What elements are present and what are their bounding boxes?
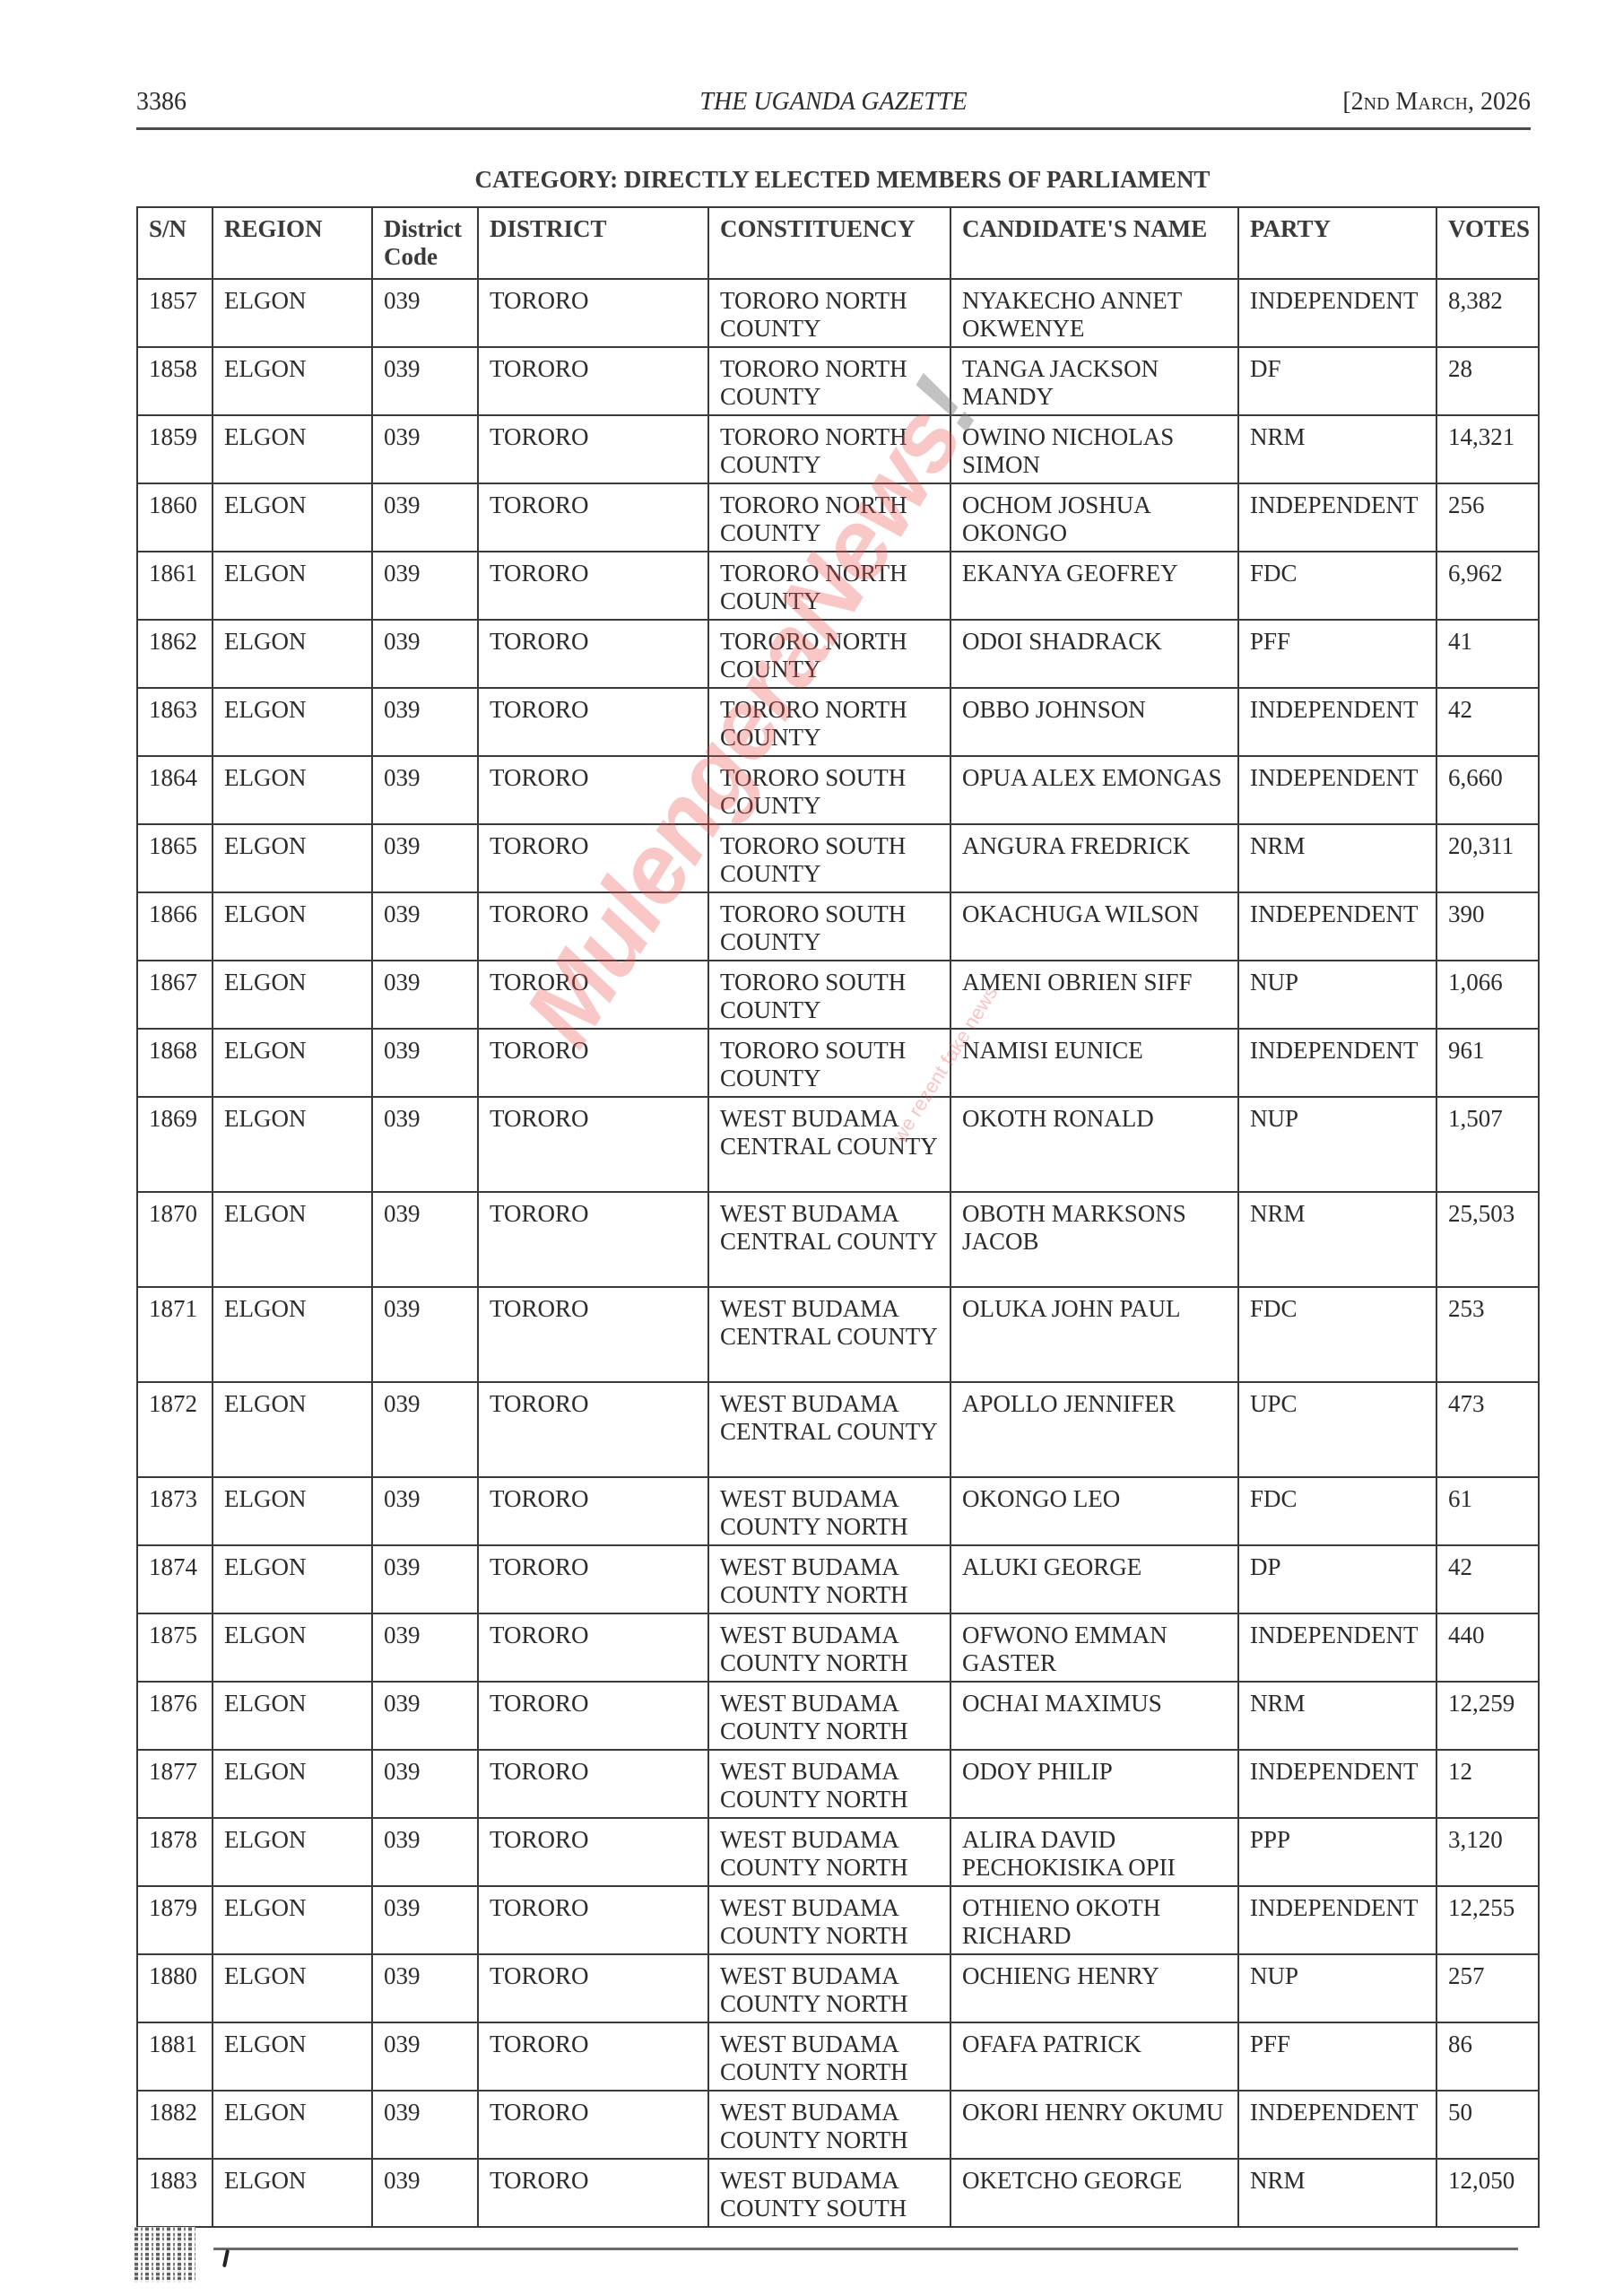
serial-number-cell: 1880: [137, 1954, 213, 2022]
constituency-cell: WEST BUDAMA COUNTY NORTH: [708, 1954, 950, 2022]
party-cell: INDEPENDENT: [1238, 1029, 1436, 1097]
votes-cell: 6,660: [1436, 756, 1539, 824]
district-cell: TORORO: [478, 1886, 708, 1954]
district-cell: TORORO: [478, 2022, 708, 2091]
party-cell: DF: [1238, 347, 1436, 415]
serial-number-cell: 1874: [137, 1545, 213, 1613]
district-code-cell: 039: [372, 1192, 478, 1287]
candidate-name-cell: OKACHUGA WILSON: [950, 892, 1238, 961]
table-header-row: S/NREGIONDistrict CodeDISTRICTCONSTITUEN…: [137, 207, 1539, 279]
constituency-cell: WEST BUDAMA COUNTY NORTH: [708, 1613, 950, 1682]
region-cell: ELGON: [213, 1818, 372, 1886]
candidate-name-cell: OCHAI MAXIMUS: [950, 1682, 1238, 1750]
district-cell: TORORO: [478, 2159, 708, 2227]
table-row: 1876ELGON039TOROROWEST BUDAMA COUNTY NOR…: [137, 1682, 1539, 1750]
serial-number-cell: 1883: [137, 2159, 213, 2227]
table-row: 1879ELGON039TOROROWEST BUDAMA COUNTY NOR…: [137, 1886, 1539, 1954]
district-code-cell: 039: [372, 483, 478, 552]
region-cell: ELGON: [213, 2159, 372, 2227]
publication-title: THE UGANDA GAZETTE: [136, 88, 1531, 117]
constituency-cell: WEST BUDAMA CENTRAL COUNTY: [708, 1097, 950, 1192]
party-cell: NUP: [1238, 1097, 1436, 1192]
table-row: 1857ELGON039TOROROTORORO NORTH COUNTYNYA…: [137, 279, 1539, 347]
district-code-cell: 039: [372, 1613, 478, 1682]
region-cell: ELGON: [213, 756, 372, 824]
table-row: 1866ELGON039TOROROTORORO SOUTH COUNTYOKA…: [137, 892, 1539, 961]
votes-cell: 41: [1436, 620, 1539, 688]
column-header: DISTRICT: [478, 207, 708, 279]
table-row: 1883ELGON039TOROROWEST BUDAMA COUNTY SOU…: [137, 2159, 1539, 2227]
table-row: 1877ELGON039TOROROWEST BUDAMA COUNTY NOR…: [137, 1750, 1539, 1818]
serial-number-cell: 1870: [137, 1192, 213, 1287]
party-cell: NRM: [1238, 415, 1436, 483]
district-code-cell: 039: [372, 279, 478, 347]
candidate-name-cell: OKETCHO GEORGE: [950, 2159, 1238, 2227]
district-code-cell: 039: [372, 1545, 478, 1613]
district-code-cell: 039: [372, 1750, 478, 1818]
candidate-name-cell: OTHIENO OKOTH RICHARD: [950, 1886, 1238, 1954]
region-cell: ELGON: [213, 1613, 372, 1682]
votes-cell: 14,321: [1436, 415, 1539, 483]
votes-cell: 12,050: [1436, 2159, 1539, 2227]
constituency-cell: TORORO NORTH COUNTY: [708, 415, 950, 483]
serial-number-cell: 1882: [137, 2091, 213, 2159]
candidate-name-cell: ANGURA FREDRICK: [950, 824, 1238, 892]
votes-cell: 61: [1436, 1477, 1539, 1545]
table-row: 1880ELGON039TOROROWEST BUDAMA COUNTY NOR…: [137, 1954, 1539, 2022]
serial-number-cell: 1878: [137, 1818, 213, 1886]
table-row: 1869ELGON039TOROROWEST BUDAMA CENTRAL CO…: [137, 1097, 1539, 1192]
district-cell: TORORO: [478, 1192, 708, 1287]
district-code-cell: 039: [372, 756, 478, 824]
district-cell: TORORO: [478, 824, 708, 892]
district-cell: TORORO: [478, 1682, 708, 1750]
district-cell: TORORO: [478, 756, 708, 824]
serial-number-cell: 1864: [137, 756, 213, 824]
footer-rule: [213, 2248, 1518, 2250]
party-cell: PPP: [1238, 1818, 1436, 1886]
serial-number-cell: 1876: [137, 1682, 213, 1750]
district-cell: TORORO: [478, 892, 708, 961]
district-cell: TORORO: [478, 688, 708, 756]
candidate-name-cell: ALIRA DAVID PECHOKISIKA OPII: [950, 1818, 1238, 1886]
constituency-cell: WEST BUDAMA COUNTY NORTH: [708, 1750, 950, 1818]
region-cell: ELGON: [213, 483, 372, 552]
candidate-name-cell: NAMISI EUNICE: [950, 1029, 1238, 1097]
candidate-name-cell: OKONGO LEO: [950, 1477, 1238, 1545]
table-row: 1865ELGON039TOROROTORORO SOUTH COUNTYANG…: [137, 824, 1539, 892]
district-code-cell: 039: [372, 1954, 478, 2022]
votes-cell: 390: [1436, 892, 1539, 961]
district-cell: TORORO: [478, 1477, 708, 1545]
table-row: 1858ELGON039TOROROTORORO NORTH COUNTYTAN…: [137, 347, 1539, 415]
candidate-name-cell: ALUKI GEORGE: [950, 1545, 1238, 1613]
district-cell: TORORO: [478, 2091, 708, 2159]
region-cell: ELGON: [213, 347, 372, 415]
district-code-cell: 039: [372, 1287, 478, 1382]
district-code-cell: 039: [372, 688, 478, 756]
column-header: CONSTITUENCY: [708, 207, 950, 279]
serial-number-cell: 1881: [137, 2022, 213, 2091]
region-cell: ELGON: [213, 1750, 372, 1818]
region-cell: ELGON: [213, 279, 372, 347]
district-code-cell: 039: [372, 1818, 478, 1886]
district-cell: TORORO: [478, 1287, 708, 1382]
votes-cell: 256: [1436, 483, 1539, 552]
party-cell: FDC: [1238, 552, 1436, 620]
column-header: VOTES: [1436, 207, 1539, 279]
district-code-cell: 039: [372, 892, 478, 961]
party-cell: INDEPENDENT: [1238, 2091, 1436, 2159]
constituency-cell: TORORO NORTH COUNTY: [708, 483, 950, 552]
district-cell: TORORO: [478, 1954, 708, 2022]
district-code-cell: 039: [372, 2022, 478, 2091]
party-cell: INDEPENDENT: [1238, 1613, 1436, 1682]
party-cell: NRM: [1238, 2159, 1436, 2227]
serial-number-cell: 1877: [137, 1750, 213, 1818]
party-cell: INDEPENDENT: [1238, 1750, 1436, 1818]
constituency-cell: WEST BUDAMA CENTRAL COUNTY: [708, 1192, 950, 1287]
votes-cell: 1,066: [1436, 961, 1539, 1029]
issue-date: [2nd March, 2026: [1342, 88, 1531, 117]
votes-cell: 86: [1436, 2022, 1539, 2091]
constituency-cell: TORORO SOUTH COUNTY: [708, 892, 950, 961]
table-row: 1872ELGON039TOROROWEST BUDAMA CENTRAL CO…: [137, 1382, 1539, 1477]
table-row: 1875ELGON039TOROROWEST BUDAMA COUNTY NOR…: [137, 1613, 1539, 1682]
votes-cell: 50: [1436, 2091, 1539, 2159]
constituency-cell: TORORO SOUTH COUNTY: [708, 961, 950, 1029]
constituency-cell: TORORO NORTH COUNTY: [708, 552, 950, 620]
table-row: 1870ELGON039TOROROWEST BUDAMA CENTRAL CO…: [137, 1192, 1539, 1287]
district-cell: TORORO: [478, 1750, 708, 1818]
constituency-cell: WEST BUDAMA COUNTY NORTH: [708, 1818, 950, 1886]
table-row: 1863ELGON039TOROROTORORO NORTH COUNTYOBB…: [137, 688, 1539, 756]
votes-cell: 25,503: [1436, 1192, 1539, 1287]
serial-number-cell: 1865: [137, 824, 213, 892]
serial-number-cell: 1873: [137, 1477, 213, 1545]
district-cell: TORORO: [478, 1613, 708, 1682]
serial-number-cell: 1863: [137, 688, 213, 756]
header-rule: [136, 127, 1531, 130]
district-code-cell: 039: [372, 1097, 478, 1192]
constituency-cell: TORORO SOUTH COUNTY: [708, 756, 950, 824]
party-cell: INDEPENDENT: [1238, 279, 1436, 347]
region-cell: ELGON: [213, 1682, 372, 1750]
candidate-name-cell: ODOI SHADRACK: [950, 620, 1238, 688]
constituency-cell: TORORO NORTH COUNTY: [708, 279, 950, 347]
constituency-cell: WEST BUDAMA COUNTY NORTH: [708, 1682, 950, 1750]
table-row: 1881ELGON039TOROROWEST BUDAMA COUNTY NOR…: [137, 2022, 1539, 2091]
district-code-cell: 039: [372, 961, 478, 1029]
district-cell: TORORO: [478, 347, 708, 415]
district-code-cell: 039: [372, 1682, 478, 1750]
district-code-cell: 039: [372, 2159, 478, 2227]
table-row: 1860ELGON039TOROROTORORO NORTH COUNTYOCH…: [137, 483, 1539, 552]
region-cell: ELGON: [213, 1954, 372, 2022]
candidate-name-cell: OBBO JOHNSON: [950, 688, 1238, 756]
region-cell: ELGON: [213, 1545, 372, 1613]
qr-code-icon: [135, 2227, 195, 2283]
table-body: 1857ELGON039TOROROTORORO NORTH COUNTYNYA…: [137, 279, 1539, 2227]
district-code-cell: 039: [372, 347, 478, 415]
party-cell: INDEPENDENT: [1238, 688, 1436, 756]
region-cell: ELGON: [213, 824, 372, 892]
candidate-name-cell: EKANYA GEOFREY: [950, 552, 1238, 620]
district-code-cell: 039: [372, 552, 478, 620]
votes-cell: 6,962: [1436, 552, 1539, 620]
district-cell: TORORO: [478, 1097, 708, 1192]
table-row: 1862ELGON039TOROROTORORO NORTH COUNTYODO…: [137, 620, 1539, 688]
constituency-cell: WEST BUDAMA COUNTY NORTH: [708, 1886, 950, 1954]
column-header: CANDIDATE'S NAME: [950, 207, 1238, 279]
district-cell: TORORO: [478, 1545, 708, 1613]
candidate-name-cell: TANGA JACKSON MANDY: [950, 347, 1238, 415]
candidate-name-cell: OBOTH MARKSONS JACOB: [950, 1192, 1238, 1287]
serial-number-cell: 1858: [137, 347, 213, 415]
party-cell: PFF: [1238, 2022, 1436, 2091]
party-cell: NRM: [1238, 1682, 1436, 1750]
district-code-cell: 039: [372, 620, 478, 688]
region-cell: ELGON: [213, 1886, 372, 1954]
candidate-name-cell: OLUKA JOHN PAUL: [950, 1287, 1238, 1382]
table-row: 1861ELGON039TOROROTORORO NORTH COUNTYEKA…: [137, 552, 1539, 620]
region-cell: ELGON: [213, 1287, 372, 1382]
column-header: REGION: [213, 207, 372, 279]
serial-number-cell: 1859: [137, 415, 213, 483]
votes-cell: 1,507: [1436, 1097, 1539, 1192]
candidate-name-cell: OCHIENG HENRY: [950, 1954, 1238, 2022]
district-cell: TORORO: [478, 483, 708, 552]
region-cell: ELGON: [213, 2022, 372, 2091]
table-row: 1873ELGON039TOROROWEST BUDAMA COUNTY NOR…: [137, 1477, 1539, 1545]
party-cell: NUP: [1238, 1954, 1436, 2022]
pen-mark: [222, 2249, 230, 2267]
candidate-name-cell: OPUA ALEX EMONGAS: [950, 756, 1238, 824]
serial-number-cell: 1875: [137, 1613, 213, 1682]
district-cell: TORORO: [478, 415, 708, 483]
column-header: S/N: [137, 207, 213, 279]
district-code-cell: 039: [372, 1029, 478, 1097]
district-code-cell: 039: [372, 1886, 478, 1954]
serial-number-cell: 1862: [137, 620, 213, 688]
constituency-cell: TORORO NORTH COUNTY: [708, 688, 950, 756]
serial-number-cell: 1872: [137, 1382, 213, 1477]
results-table: S/NREGIONDistrict CodeDISTRICTCONSTITUEN…: [136, 206, 1540, 2228]
constituency-cell: WEST BUDAMA COUNTY SOUTH: [708, 2159, 950, 2227]
region-cell: ELGON: [213, 415, 372, 483]
constituency-cell: TORORO NORTH COUNTY: [708, 347, 950, 415]
party-cell: NUP: [1238, 961, 1436, 1029]
column-header: District Code: [372, 207, 478, 279]
table-row: 1874ELGON039TOROROWEST BUDAMA COUNTY NOR…: [137, 1545, 1539, 1613]
party-cell: DP: [1238, 1545, 1436, 1613]
votes-cell: 253: [1436, 1287, 1539, 1382]
party-cell: INDEPENDENT: [1238, 1886, 1436, 1954]
district-cell: TORORO: [478, 961, 708, 1029]
party-cell: FDC: [1238, 1477, 1436, 1545]
district-code-cell: 039: [372, 1477, 478, 1545]
votes-cell: 42: [1436, 688, 1539, 756]
party-cell: NRM: [1238, 824, 1436, 892]
constituency-cell: TORORO SOUTH COUNTY: [708, 824, 950, 892]
district-cell: TORORO: [478, 279, 708, 347]
votes-cell: 3,120: [1436, 1818, 1539, 1886]
serial-number-cell: 1860: [137, 483, 213, 552]
column-header: PARTY: [1238, 207, 1436, 279]
district-code-cell: 039: [372, 1382, 478, 1477]
table-row: 1867ELGON039TOROROTORORO SOUTH COUNTYAME…: [137, 961, 1539, 1029]
district-cell: TORORO: [478, 552, 708, 620]
votes-cell: 257: [1436, 1954, 1539, 2022]
district-cell: TORORO: [478, 1818, 708, 1886]
candidate-name-cell: OKORI HENRY OKUMU: [950, 2091, 1238, 2159]
votes-cell: 961: [1436, 1029, 1539, 1097]
region-cell: ELGON: [213, 1029, 372, 1097]
constituency-cell: TORORO NORTH COUNTY: [708, 620, 950, 688]
candidate-name-cell: OCHOM JOSHUA OKONGO: [950, 483, 1238, 552]
table-row: 1868ELGON039TOROROTORORO SOUTH COUNTYNAM…: [137, 1029, 1539, 1097]
region-cell: ELGON: [213, 961, 372, 1029]
serial-number-cell: 1867: [137, 961, 213, 1029]
party-cell: PFF: [1238, 620, 1436, 688]
party-cell: INDEPENDENT: [1238, 892, 1436, 961]
candidate-name-cell: OFAFA PATRICK: [950, 2022, 1238, 2091]
region-cell: ELGON: [213, 688, 372, 756]
votes-cell: 12,255: [1436, 1886, 1539, 1954]
district-code-cell: 039: [372, 2091, 478, 2159]
party-cell: INDEPENDENT: [1238, 483, 1436, 552]
region-cell: ELGON: [213, 1192, 372, 1287]
table-row: 1864ELGON039TOROROTORORO SOUTH COUNTYOPU…: [137, 756, 1539, 824]
table-row: 1859ELGON039TOROROTORORO NORTH COUNTYOWI…: [137, 415, 1539, 483]
serial-number-cell: 1857: [137, 279, 213, 347]
table-row: 1871ELGON039TOROROWEST BUDAMA CENTRAL CO…: [137, 1287, 1539, 1382]
district-cell: TORORO: [478, 1029, 708, 1097]
constituency-cell: WEST BUDAMA COUNTY NORTH: [708, 1545, 950, 1613]
constituency-cell: WEST BUDAMA CENTRAL COUNTY: [708, 1382, 950, 1477]
region-cell: ELGON: [213, 2091, 372, 2159]
votes-cell: 8,382: [1436, 279, 1539, 347]
serial-number-cell: 1869: [137, 1097, 213, 1192]
candidate-name-cell: APOLLO JENNIFER: [950, 1382, 1238, 1477]
votes-cell: 12: [1436, 1750, 1539, 1818]
running-head: 3386 THE UGANDA GAZETTE [2nd March, 2026: [136, 88, 1531, 124]
party-cell: NRM: [1238, 1192, 1436, 1287]
serial-number-cell: 1866: [137, 892, 213, 961]
region-cell: ELGON: [213, 1097, 372, 1192]
candidate-name-cell: OFWONO EMMAN GASTER: [950, 1613, 1238, 1682]
table-row: 1878ELGON039TOROROWEST BUDAMA COUNTY NOR…: [137, 1818, 1539, 1886]
candidate-name-cell: ODOY PHILIP: [950, 1750, 1238, 1818]
votes-cell: 12,259: [1436, 1682, 1539, 1750]
candidate-name-cell: OKOTH RONALD: [950, 1097, 1238, 1192]
constituency-cell: TORORO SOUTH COUNTY: [708, 1029, 950, 1097]
votes-cell: 20,311: [1436, 824, 1539, 892]
votes-cell: 473: [1436, 1382, 1539, 1477]
constituency-cell: WEST BUDAMA CENTRAL COUNTY: [708, 1287, 950, 1382]
district-cell: TORORO: [478, 1382, 708, 1477]
serial-number-cell: 1879: [137, 1886, 213, 1954]
district-cell: TORORO: [478, 620, 708, 688]
region-cell: ELGON: [213, 552, 372, 620]
constituency-cell: WEST BUDAMA COUNTY NORTH: [708, 2091, 950, 2159]
votes-cell: 42: [1436, 1545, 1539, 1613]
category-title: CATEGORY: DIRECTLY ELECTED MEMBERS OF PA…: [136, 166, 1549, 194]
region-cell: ELGON: [213, 1382, 372, 1477]
district-code-cell: 039: [372, 415, 478, 483]
serial-number-cell: 1861: [137, 552, 213, 620]
candidate-name-cell: OWINO NICHOLAS SIMON: [950, 415, 1238, 483]
constituency-cell: WEST BUDAMA COUNTY NORTH: [708, 2022, 950, 2091]
region-cell: ELGON: [213, 892, 372, 961]
party-cell: FDC: [1238, 1287, 1436, 1382]
serial-number-cell: 1868: [137, 1029, 213, 1097]
table-row: 1882ELGON039TOROROWEST BUDAMA COUNTY NOR…: [137, 2091, 1539, 2159]
votes-cell: 440: [1436, 1613, 1539, 1682]
district-code-cell: 039: [372, 824, 478, 892]
votes-cell: 28: [1436, 347, 1539, 415]
serial-number-cell: 1871: [137, 1287, 213, 1382]
party-cell: INDEPENDENT: [1238, 756, 1436, 824]
region-cell: ELGON: [213, 620, 372, 688]
constituency-cell: WEST BUDAMA COUNTY NORTH: [708, 1477, 950, 1545]
candidate-name-cell: NYAKECHO ANNET OKWENYE: [950, 279, 1238, 347]
party-cell: UPC: [1238, 1382, 1436, 1477]
candidate-name-cell: AMENI OBRIEN SIFF: [950, 961, 1238, 1029]
region-cell: ELGON: [213, 1477, 372, 1545]
